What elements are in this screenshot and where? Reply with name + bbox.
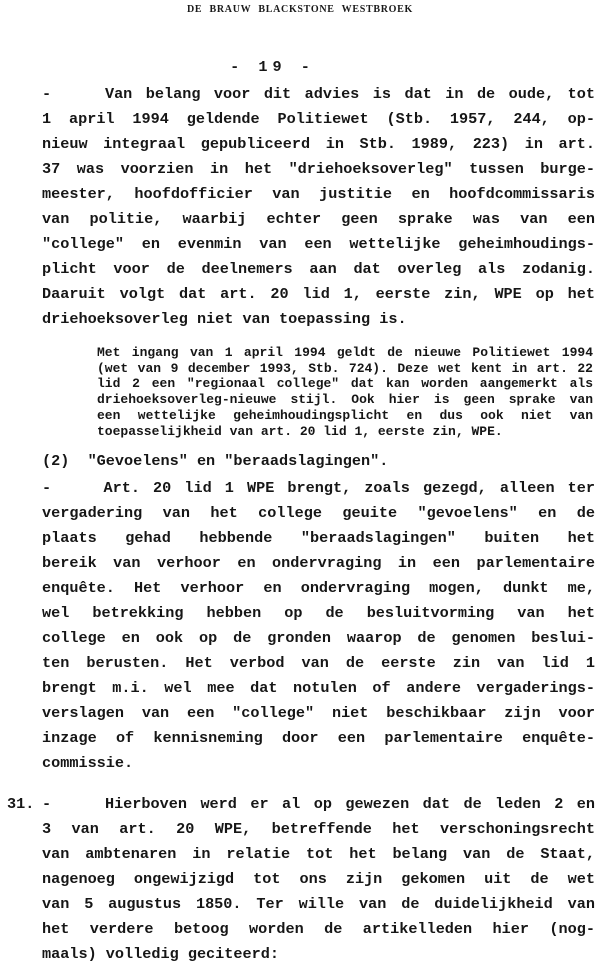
text-line: plicht voor de deelnemers aan dat overle… [42, 257, 595, 282]
paragraph-31-verschoningsrecht: - Hierboven werd er al op gewezen dat de… [42, 792, 595, 967]
text-line: plaats gehad hebbende "beraadslagingen" … [42, 526, 595, 551]
margin-number-31: 31. [7, 792, 34, 817]
text-line: maals) volledig geciteerd: [42, 942, 595, 967]
text-line: (wet van 9 december 1993, Stb. 724). Dez… [97, 361, 593, 377]
section-2-heading: (2) "Gevoelens" en "beraadslagingen". [42, 449, 595, 474]
text-line: van ambtenaren in relatie tot het belang… [42, 842, 595, 867]
text-line: van 5 augustus 1850. Ter wille van de du… [42, 892, 595, 917]
text-line: nagenoeg ongewijzigd tot ons zijn gekome… [42, 867, 595, 892]
text-line: van politie, waarbij echter geen sprake … [42, 207, 595, 232]
text-line: vergadering van het college geuite "gevo… [42, 501, 595, 526]
text-line: enquête. Het verhoor en ondervraging mog… [42, 576, 595, 601]
text-line: meester, hoofdofficier van justitie en h… [42, 182, 595, 207]
text-line: brengt m.i. wel mee dat notulen of ander… [42, 676, 595, 701]
text-line: - Art. 20 lid 1 WPE brengt, zoals gezegd… [42, 476, 595, 501]
text-line: het verdere betoog worden de artikellede… [42, 917, 595, 942]
text-line: een wettelijke geheimhoudingsplicht en d… [97, 408, 593, 424]
text-line: bereik van verhoor en ondervraging in ee… [42, 551, 595, 576]
text-line: toepasselijkheid van art. 20 lid 1, eers… [97, 424, 593, 440]
text-line: - Van belang voor dit advies is dat in d… [42, 82, 595, 107]
page-number: - 19 - [0, 55, 545, 80]
paragraph-politiewet-oud: - Van belang voor dit advies is dat in d… [42, 82, 595, 332]
text-line: lid 2 een "regionaal college" dat kan wo… [97, 376, 593, 392]
text-line: wel betrekking hebben op de besluitvormi… [42, 601, 595, 626]
text-line: Daaruit volgt dat art. 20 lid 1, eerste … [42, 282, 595, 307]
text-line: college en ook op de gronden waarop de g… [42, 626, 595, 651]
text-line: driehoeksoverleg-nieuwe stijl. Ook hier … [97, 392, 593, 408]
text-line: "college" en evenmin van een wettelijke … [42, 232, 595, 257]
letterhead-firm-name: DE BRAUW BLACKSTONE WESTBROEK [0, 4, 600, 15]
text-line: inzage of kennisneming door een parlemen… [42, 726, 595, 751]
text-line: 1 april 1994 geldende Politiewet (Stb. 1… [42, 107, 595, 132]
paragraph-gevoelens-beraadslagingen: - Art. 20 lid 1 WPE brengt, zoals gezegd… [42, 476, 595, 776]
text-line: - Hierboven werd er al op gewezen dat de… [42, 792, 595, 817]
text-line: Met ingang van 1 april 1994 geldt de nie… [97, 345, 593, 361]
text-line: ten berusten. Het verbod van de eerste z… [42, 651, 595, 676]
indented-note-politiewet-1994: Met ingang van 1 april 1994 geldt de nie… [97, 345, 593, 439]
text-line: verslagen van een "college" niet beschik… [42, 701, 595, 726]
text-line: 37 was voorzien in het "driehoeksoverleg… [42, 157, 595, 182]
text-line: commissie. [42, 751, 595, 776]
text-line: 3 van art. 20 WPE, betreffende het versc… [42, 817, 595, 842]
document-page: DE BRAUW BLACKSTONE WESTBROEK - 19 - - V… [0, 0, 600, 969]
text-line: nieuw integraal gepubliceerd in Stb. 198… [42, 132, 595, 157]
text-line: driehoeksoverleg niet van toepassing is. [42, 307, 595, 332]
